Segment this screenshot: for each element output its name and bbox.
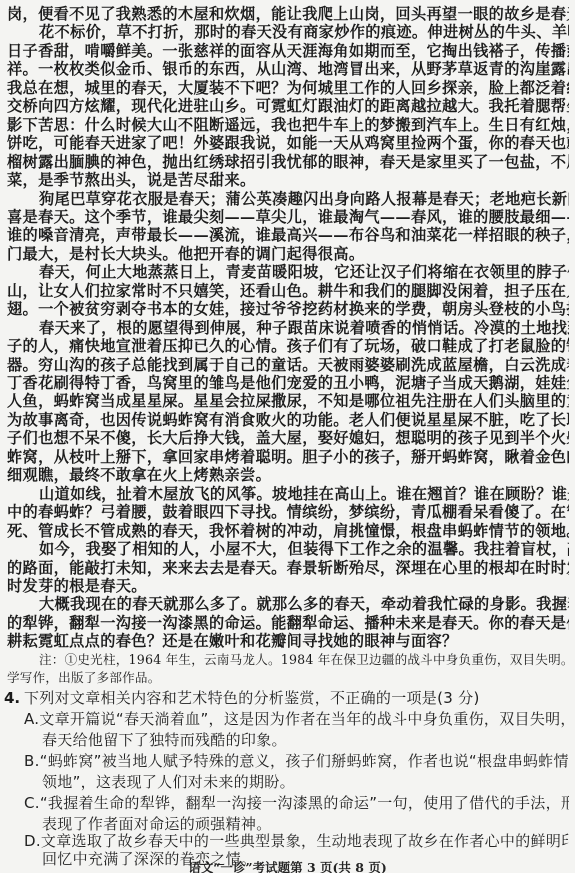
passage-line: 翅。一个被贫穷剥夺书本的女娃，接过爷爷挖药材换来的学费，朝房头登枝的小鸟招招手。	[7, 300, 569, 318]
passage-line: 山，让女人们拉家常时不只嬉笑，还看山色。耕牛和我们的腿脚没闲着，担子压在人肩上，…	[7, 282, 569, 300]
passage-line: 岗，便看不见了我熟悉的木屋和炊烟，能让我爬上山岗，回头再望一眼的故乡是春天。	[7, 5, 569, 23]
passage-line: 耕耘霓虹点点的春色？还是在嫩叶和花瓣间寻找她的眼神与面容？	[7, 632, 569, 650]
passage-line: 子的人，痛快地宣泄着压抑已久的心情。孩子们有了玩场，破口鞋成了打老鼠脸的锐利武	[7, 337, 569, 355]
passage-line: 蚱窝，从枝叶上掰下，拿回家串烤着聪明。胆子小的孩子，掰开蚂蚱窝，瞅着金色的虫卵囊…	[7, 448, 569, 466]
passage-line: 丁香花刷得特丁香，鸟窝里的雏鸟是他们宠爱的丑小鸭，泥塘子当成天鹅湖，娃娃鱼成了美	[7, 374, 569, 392]
passage-line: 器。穷山沟的孩子总能找到属于自己的童话。天被雨婆婆刷洗成蓝屋檐，白云洗成春雪莲。	[7, 356, 569, 374]
passage-line: 中的春蚂蚱？弓着腰，鼓着眼四下寻找。情缤纷，梦缤纷，青瓜棚看呆看傻了。在管生不管	[7, 503, 569, 521]
passage-line: 祥。一枚枚类似金币、银币的东西，从山湾、地湾冒出来，从野茅草返青的沟崖露出来。这…	[7, 60, 569, 78]
option-text-cont: 表现了作者面对命运的顽强精神。	[42, 815, 569, 833]
passage-line: 门最大，是村长大块头。他把开春的调门起得很高。	[7, 245, 569, 263]
option-label: B.	[24, 752, 40, 770]
option-text: 文章选取了故乡春天中的一些典型景象，生动地表现了故乡在作者心中的鲜明印象，	[41, 832, 569, 850]
passage-line: 春天来了，根的愿望得到伸展，种子跟苗床说着喷香的悄悄话。冷漠的土地找到掏心窝	[39, 319, 569, 337]
passage-line: 影下苦思：什么时候大山不阻断遥远，我也把牛车上的梦搬到汽车上。生日有红烛，天天有	[7, 116, 569, 134]
option-text: “蚂蚱窝”被当地人赋予特殊的意义，孩子们掰蚂蚱窝，作者也说“根盘串蚂蚱情节的	[40, 752, 569, 770]
passage-line: 的路面，能敲打未知，来来去去是春天。春景斩断殆尽，深埋在心里的根却在时时发芽。时	[7, 559, 569, 577]
passage-line: 大概我现在的春天就那么多了。就那么多的春天，牵动着我忙碌的身影。我握着生命	[39, 595, 569, 613]
footnote-line-1: 注：①史光柱，1964 年生，云南马龙人。1984 年在保卫边疆的战斗中身负重伤…	[39, 651, 569, 669]
passage-line: 喜是春天。这个季节，谁最尖刻——草尖儿，谁最淘气——春风，谁的腰肢最细——链子草…	[7, 208, 569, 226]
option-text-cont: 领地”，这表现了人们对未来的期盼。	[42, 773, 569, 791]
passage-line: 榴树露出腼腆的神色，抛出红绣球招引我忧郁的眼神，春天是家里买了一包盐，不用再吃淡	[7, 153, 569, 171]
passage-line: 谁的嗓音清亮，声带最长——溪流，谁最高兴——布谷鸟和油菜花一样招眼的秧子，谁的嗓	[7, 226, 569, 244]
passage-line: 子们也想不呆不傻，长大后挣大钱，盖大屋，娶好媳妇，想聪明的孩子见到半个火柴盒大的…	[7, 429, 569, 447]
passage-line: 日子香甜，啃嚼鲜美。一张慈祥的面容从天涯海角如期而至，它掏出钱褡子，传播慈善、慈	[7, 42, 569, 60]
option-label: D.	[24, 832, 41, 850]
passage-line: 饼吃，可能春天进家了吧！外婆跟我说，如能一天从鸡窝里捡两个蛋，你的春天也就来了，…	[7, 134, 569, 152]
passage-line: 狗尾巴草穿花衣服是春天；蒲公英凑趣闪出身向路人报幕是春天；老地疤长新肉、添新	[39, 190, 569, 208]
passage-line: 细观瞧，最终不敢拿在火上烤熟亲尝。	[7, 466, 569, 484]
passage-line: 为故事离奇，也因传说蚂蚱窝有消食败火的功能。老人们便说星星屎不脏，吃了长聪明。孩	[7, 411, 569, 429]
question-stem: 下列对文章相关内容和艺术特色的分析鉴赏，不正确的一项是(3 分)	[24, 689, 569, 707]
passage-line: 死、管成长不管成熟的春天，我怀着树的冲动，肩挑憧憬，根盘串蚂蚱情节的领地。	[7, 522, 569, 540]
passage-line: 春天，何止大地蒸蒸日上，青麦苗暖阳坡，它还让汉子们将缩在衣领里的脖子伸直，起早上	[39, 263, 569, 281]
passage-line: 人鱼，蚂蚱窝当成星星屎。星星会拉屎撒尿，不知是哪位祖先注册在人们头脑里的童话。因	[7, 392, 569, 410]
option-text: 文章开篇说“春天淌着血”，这是因为作者在当年的战斗中身负重伤，双目失明，那年	[39, 710, 569, 728]
exam-page: 岗，便看不见了我熟悉的木屋和炊烟，能让我爬上山岗，回头再望一眼的故乡是春天。花不…	[0, 0, 575, 873]
passage-line: 菜，是季节熬出头，说是苦尽甜来。	[7, 171, 569, 189]
option-label: C.	[24, 794, 40, 812]
passage-line: 时发芽的根是春天。	[7, 577, 569, 595]
option-text: “我握着生命的犁铧，翻犁一沟接一沟漆黑的命运”一句，使用了借代的手法，形象地	[40, 794, 569, 812]
passage-line: 花不标价，草不打折，那时的春天没有商家炒作的痕迹。伸进树丛的牛头、羊嘴告诉我	[39, 23, 569, 41]
passage-line: 交桥向四方炫耀，现代化进驻山乡。可霓虹灯跟油灯的距离越拉越大。我托着腮帮坐在灯	[7, 97, 569, 115]
passage-line: 我总在想，城里的春天，大厦装不下吧？为何城里工作的人回乡探亲，脸上都泛着红光？立	[7, 79, 569, 97]
passage-line: 山道如线，扯着木屋放飞的风筝。坡地挂在高山上。谁在翘首？谁在顾盼？谁是年岁	[39, 485, 569, 503]
option-label: A.	[24, 710, 39, 728]
footnote-line-2: 学写作，出版了多部作品。	[7, 669, 569, 687]
page-footer: 语文“一诊”考试题第 3 页(共 8 页)	[0, 858, 575, 873]
option-text-cont: 春天给他留下了独特而残酷的印象。	[42, 731, 569, 749]
passage-line: 如今，我娶了相知的人，小屋不大，但装得下工作之余的温馨。我拄着盲杖，敲打着未知	[39, 540, 569, 558]
passage-line: 的犁铧，翻犁一沟接一沟漆黑的命运。能翻犁命运、播种未来是春天。你的春天是什么？是	[7, 614, 569, 632]
question-number: 4.	[4, 689, 20, 707]
